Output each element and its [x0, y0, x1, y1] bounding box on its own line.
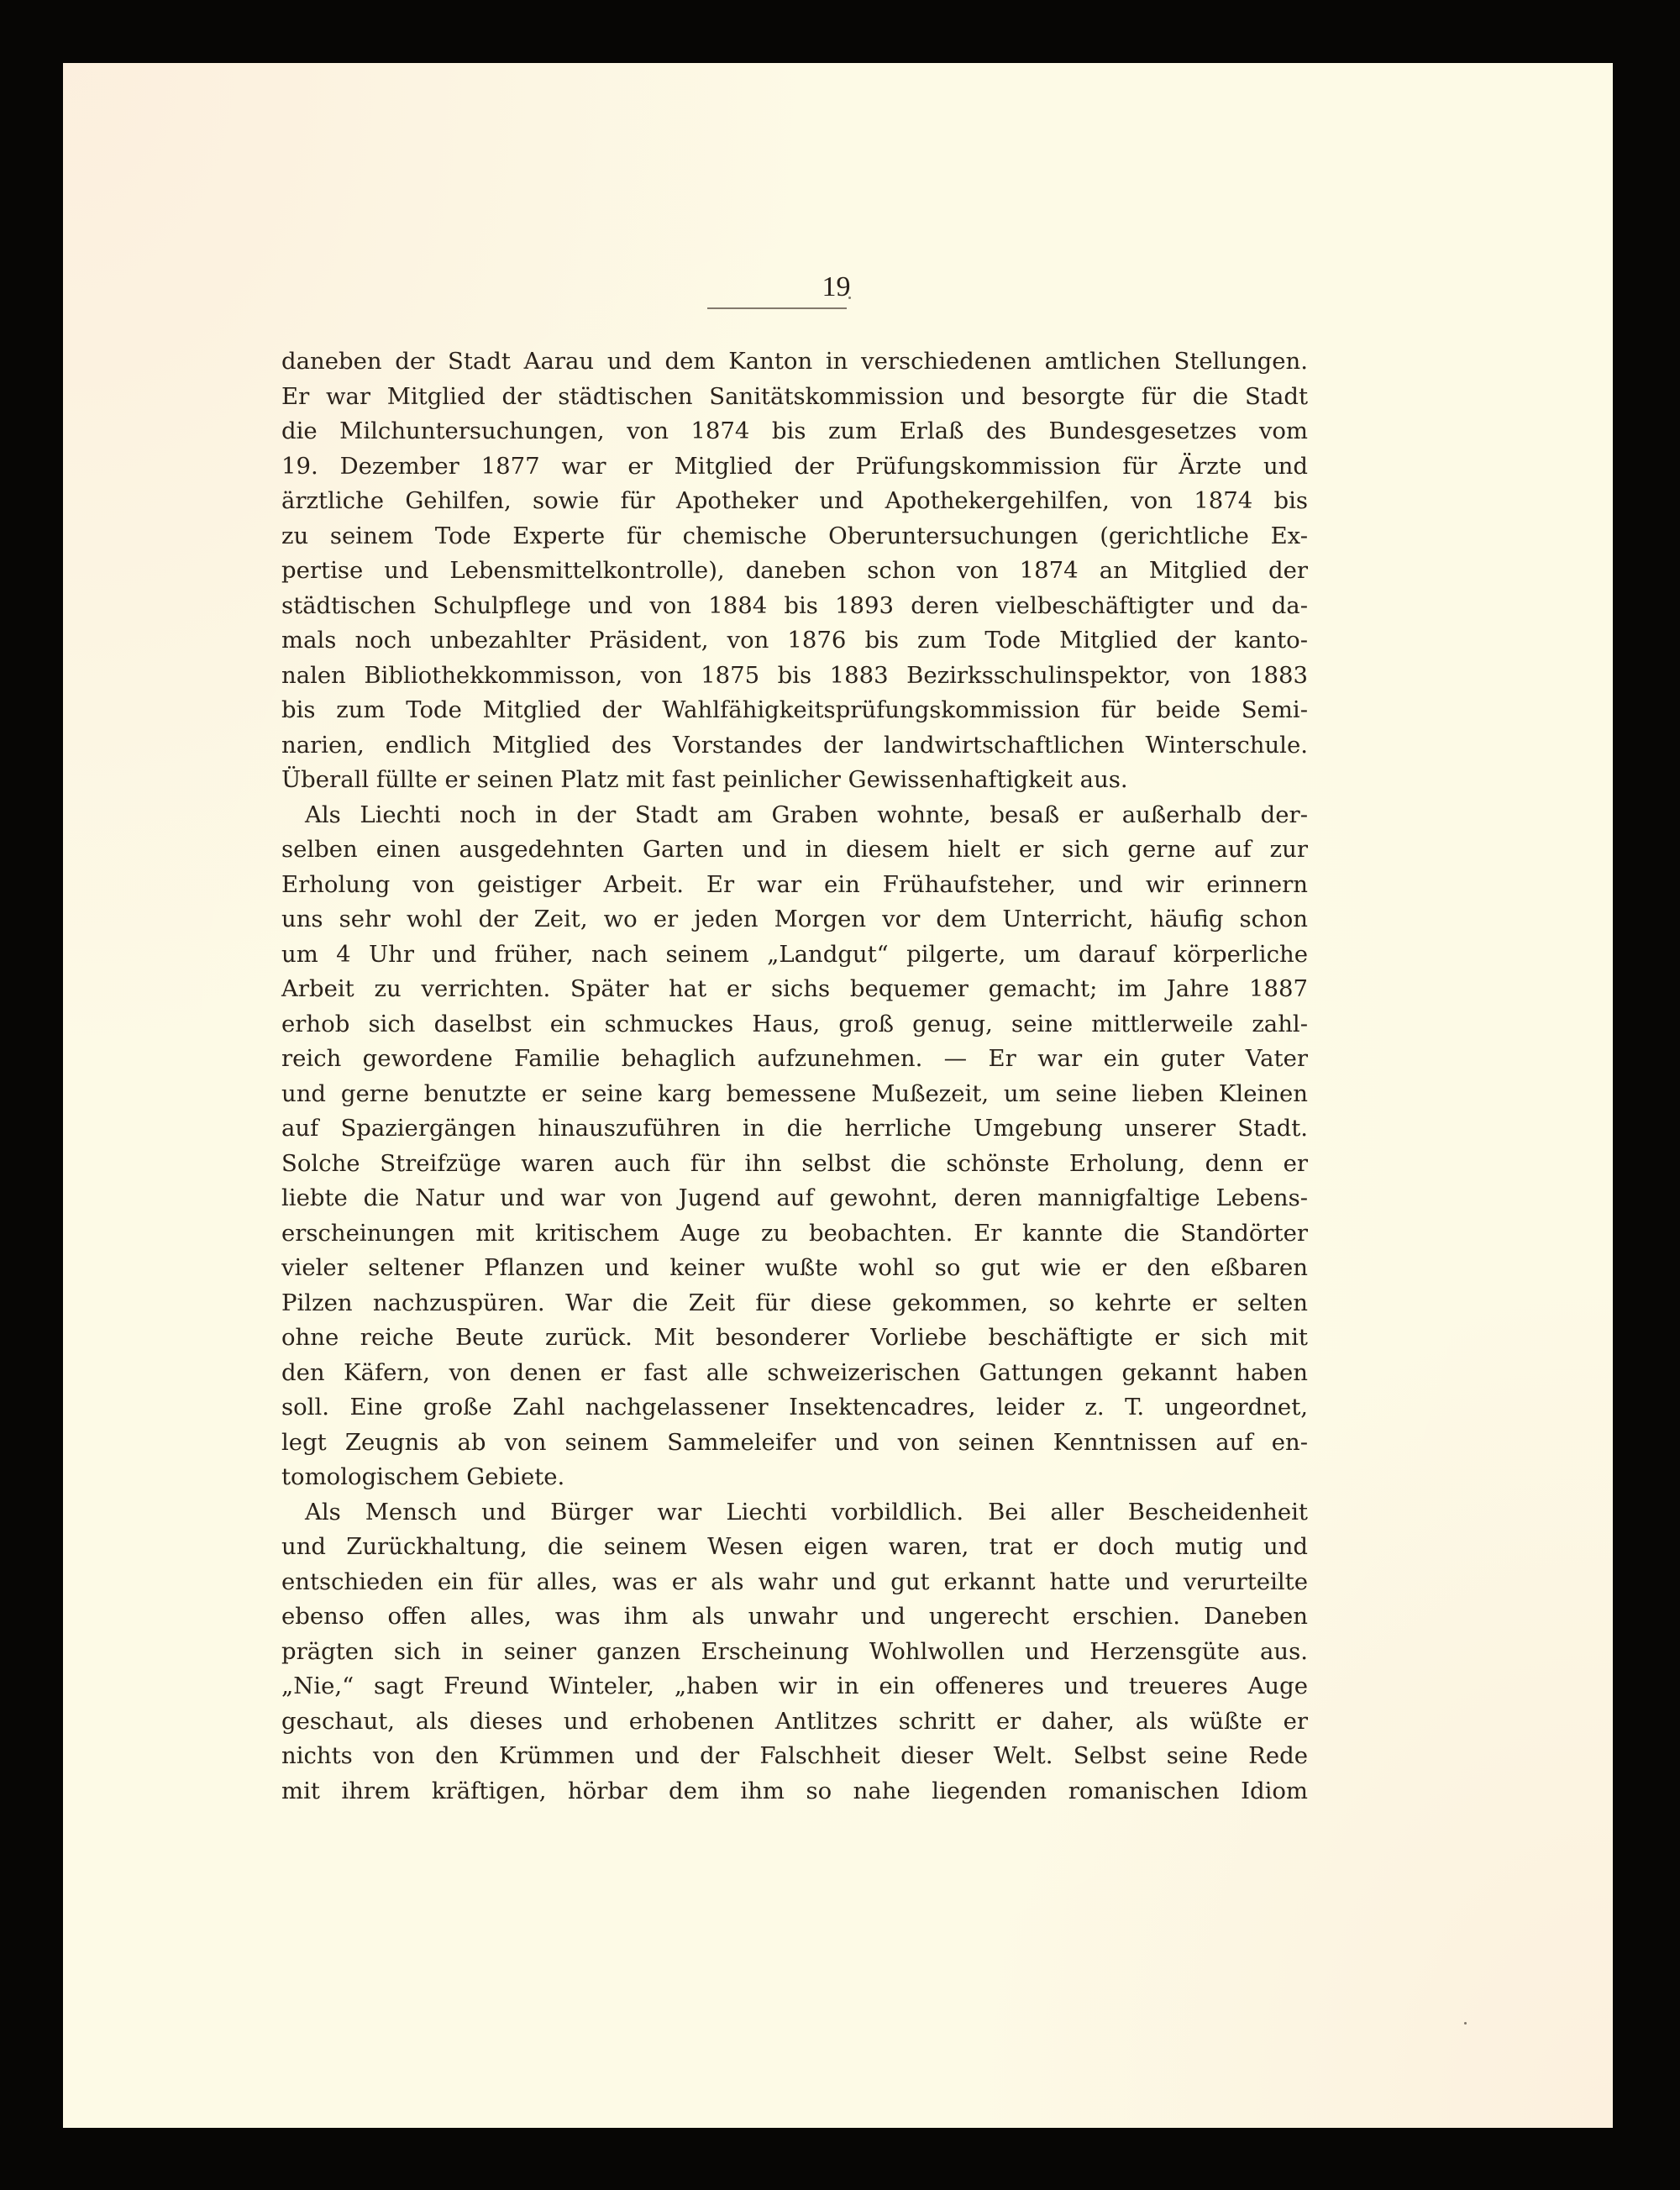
text-line: entschieden ein für alles, was er als wa… [281, 1565, 1308, 1600]
text-line: narien, endlich Mitglied des Vorstandes … [281, 728, 1308, 764]
text-line: ohne reiche Beute zurück. Mit besonderer… [281, 1321, 1308, 1356]
text-line: selben einen ausgedehnten Garten und in … [281, 832, 1308, 868]
text-line: daneben der Stadt Aarau und dem Kanton i… [281, 344, 1308, 380]
paragraph-first-line: Als Liechti noch in der Stadt am Graben … [281, 798, 1308, 833]
text-line: ärztliche Gehilfen, sowie für Apotheker … [281, 484, 1308, 519]
print-speck [1464, 2022, 1467, 2025]
text-line: tomologischem Gebiete. [281, 1460, 1308, 1495]
text-line: mals noch unbezahlter Präsident, von 187… [281, 623, 1308, 659]
text-line: prägten sich in seiner ganzen Erscheinun… [281, 1635, 1308, 1670]
paragraph-first-line: Als Mensch und Bürger war Liechti vorbil… [281, 1495, 1308, 1531]
text-line: liebte die Natur und war von Jugend auf … [281, 1181, 1308, 1216]
text-line: und Zurückhaltung, die seinem Wesen eige… [281, 1530, 1308, 1565]
text-line: legt Zeugnis ab von seinem Sammeleifer u… [281, 1426, 1308, 1461]
text-line: Er war Mitglied der städtischen Sanitäts… [281, 380, 1308, 415]
text-line: und gerne benutzte er seine karg bemesse… [281, 1077, 1308, 1112]
text-line: reich gewordene Familie behaglich aufzun… [281, 1042, 1308, 1077]
text-line: nalen Bibliothekkommisson, von 1875 bis … [281, 659, 1308, 694]
body-text: daneben der Stadt Aarau und dem Kanton i… [281, 344, 1308, 1809]
text-line: auf Spaziergängen hinauszuführen in die … [281, 1111, 1308, 1147]
text-line: den Käfern, von denen er fast alle schwe… [281, 1356, 1308, 1391]
text-line: ebenso offen alles, was ihm als unwahr u… [281, 1599, 1308, 1635]
text-line: pertise und Lebensmittelkontrolle), dane… [281, 554, 1308, 589]
text-line: Überall füllte er seinen Platz mit fast … [281, 763, 1308, 798]
text-line: städtischen Schulpflege und von 1884 bis… [281, 589, 1308, 624]
scanned-page: 19 daneben der Stadt Aarau und dem Kanto… [63, 63, 1613, 2128]
text-line: die Milchuntersuchungen, von 1874 bis zu… [281, 414, 1308, 449]
text-line: Solche Streifzüge waren auch für ihn sel… [281, 1147, 1308, 1182]
page-number-rule [707, 307, 847, 309]
page-number-text: 19 [822, 273, 851, 302]
text-line: mit ihrem kräftigen, hörbar dem ihm so n… [281, 1774, 1308, 1809]
text-line: geschaut, als dieses und erhobenen Antli… [281, 1704, 1308, 1740]
text-line: soll. Eine große Zahl nachgelassener Ins… [281, 1390, 1308, 1426]
text-line: Erholung von geistiger Arbeit. Er war ei… [281, 868, 1308, 903]
text-line: um 4 Uhr und früher, nach seinem „Landgu… [281, 937, 1308, 973]
text-line: bis zum Tode Mitglied der Wahlfähigkeits… [281, 693, 1308, 728]
text-line: uns sehr wohl der Zeit, wo er jeden Morg… [281, 902, 1308, 937]
print-speck [848, 297, 851, 299]
text-line: erhob sich daselbst ein schmuckes Haus, … [281, 1007, 1308, 1042]
text-line: erscheinungen mit kritischem Auge zu beo… [281, 1216, 1308, 1252]
text-line: Arbeit zu verrichten. Später hat er sich… [281, 972, 1308, 1007]
page-number: 19 [63, 273, 1613, 302]
text-line: 19. Dezember 1877 war er Mitglied der Pr… [281, 449, 1308, 485]
text-line: vieler seltener Pflanzen und keiner wußt… [281, 1251, 1308, 1286]
text-line: „Nie,“ sagt Freund Winteler, „haben wir … [281, 1669, 1308, 1704]
text-line: nichts von den Krümmen und der Falschhei… [281, 1739, 1308, 1774]
text-line: zu seinem Tode Experte für chemische Obe… [281, 519, 1308, 554]
text-line: Pilzen nachzuspüren. War die Zeit für di… [281, 1286, 1308, 1321]
